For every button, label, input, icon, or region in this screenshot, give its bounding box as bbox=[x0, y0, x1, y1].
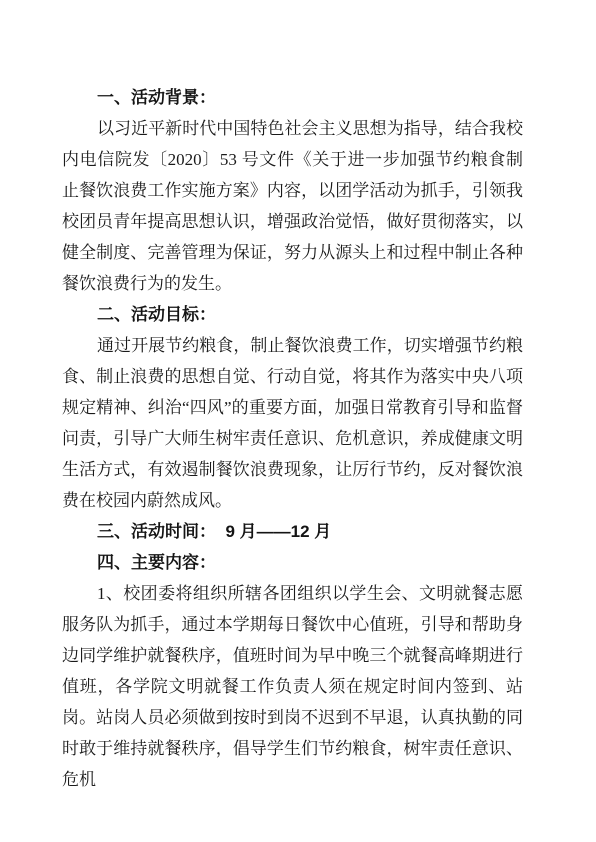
document-content: 一、活动背景： 以习近平新时代中国特色社会主义思想为指导，结合我校内电信院发〔2… bbox=[62, 82, 523, 795]
paragraph-activity-background: 以习近平新时代中国特色社会主义思想为指导，结合我校内电信院发〔2020〕53 号… bbox=[62, 113, 523, 299]
heading-main-content: 四、主要内容： bbox=[62, 547, 523, 578]
heading-activity-goals: 二、活动目标： bbox=[62, 299, 523, 330]
heading-activity-background: 一、活动背景： bbox=[62, 82, 523, 113]
document-page: 一、活动背景： 以习近平新时代中国特色社会主义思想为指导，结合我校内电信院发〔2… bbox=[0, 0, 596, 842]
heading-activity-time: 三、活动时间： 9 月——12 月 bbox=[62, 516, 523, 547]
paragraph-activity-goals: 通过开展节约粮食，制止餐饮浪费工作，切实增强节约粮食、制止浪费的思想自觉、行动自… bbox=[62, 330, 523, 516]
paragraph-main-content-item-1: 1、校团委将组织所辖各团组织以学生会、文明就餐志愿服务队为抓手，通过本学期每日餐… bbox=[62, 578, 523, 795]
